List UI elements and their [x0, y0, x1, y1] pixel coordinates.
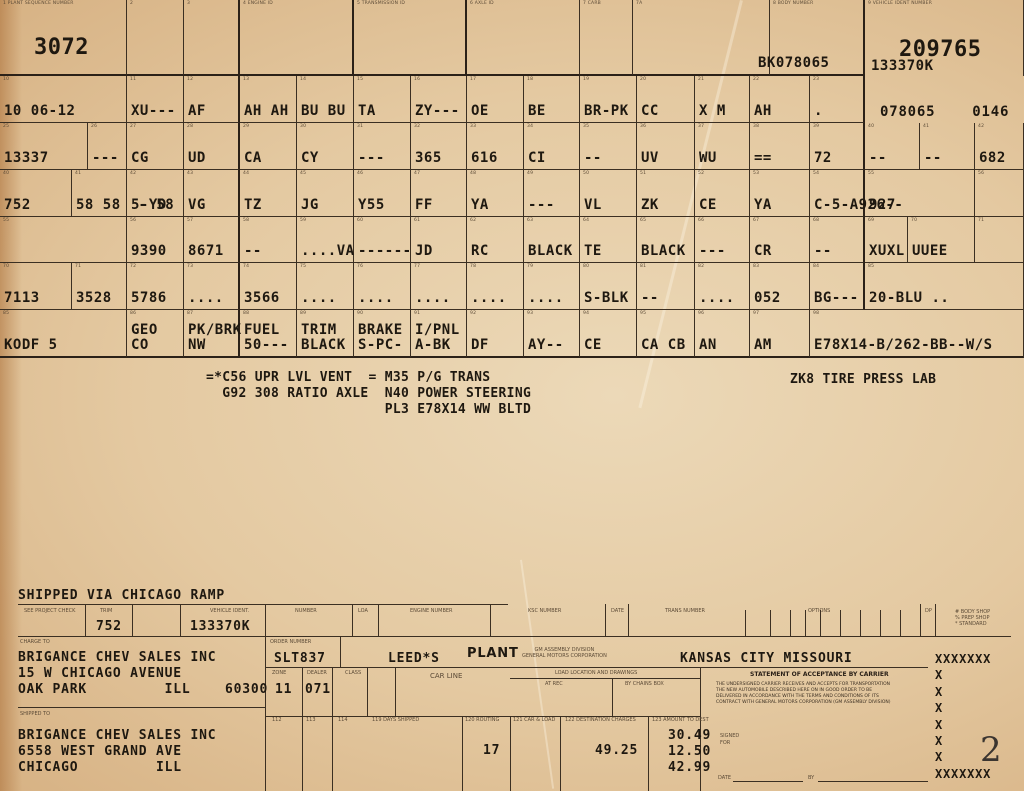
option-cell: 33616	[467, 123, 524, 170]
cell-value: ....	[188, 291, 224, 306]
cell-value: ....	[358, 291, 394, 306]
option-cell: 96AN	[695, 310, 750, 358]
by-field[interactable]	[818, 781, 928, 782]
label-vehicle-ident: VEHICLE IDENT.	[210, 608, 249, 614]
x-mark: X	[935, 718, 943, 732]
cell-code-label: 88	[243, 311, 249, 316]
cell-value: 5-YD	[131, 198, 167, 213]
cell-value: CA CB	[641, 338, 686, 353]
cell-code-label: 37	[698, 124, 704, 129]
divider	[935, 604, 936, 636]
label-dealer: DEALER	[307, 670, 327, 676]
option-cell: 91I/PNL A-BK	[411, 310, 467, 358]
divider	[180, 604, 181, 636]
label-car-load: 121 CAR & LOAD	[513, 717, 555, 723]
option-cell: 16ZY---	[411, 76, 467, 123]
cell-value: --	[869, 151, 887, 166]
cell-code-label: 96	[698, 311, 704, 316]
cell-code-label: 79	[527, 264, 533, 269]
option-cell: 48YA	[467, 170, 524, 217]
address-line: 6558 WEST GRAND AVE	[18, 744, 182, 759]
cell-code-label: 34	[527, 124, 533, 129]
label-charge-to: CHARGE TO	[20, 639, 50, 645]
cell-value: YA	[471, 198, 489, 213]
cell-code-label: 60	[357, 218, 363, 223]
option-cell: 84BG---	[810, 263, 865, 310]
cell-value: RC	[471, 244, 489, 259]
cell-value: TA	[358, 104, 376, 119]
cell-code-label: 71	[75, 264, 81, 269]
x-mark: X	[935, 701, 943, 715]
option-cell: 28UD	[184, 123, 240, 170]
plant-label: PLANT	[467, 646, 519, 661]
cell-value: BLACK	[528, 244, 573, 259]
option-cell: 578671	[184, 217, 240, 263]
cell-code-label: 28	[187, 124, 193, 129]
address-line: BRIGANCE CHEV SALES INC	[18, 728, 216, 743]
option-cell: 49---	[524, 170, 580, 217]
dealer-code: 071	[305, 682, 331, 697]
cell-value: ---	[358, 151, 385, 166]
cell-value: AY--	[528, 338, 564, 353]
plant-city: KANSAS CITY MISSOURI	[680, 651, 853, 666]
cell-value: KODF 5	[4, 338, 58, 353]
cell-value: E78X14-B/262-BB--W/S	[814, 338, 993, 353]
option-cell: 63BLACK	[524, 217, 580, 263]
cell-code-label: 17	[470, 77, 476, 82]
cell-value: ....	[699, 291, 735, 306]
cell-value: 365	[415, 151, 442, 166]
cell-value: CR	[754, 244, 772, 259]
divider	[340, 636, 341, 668]
cell-code-label: 89	[300, 311, 306, 316]
cell-code-label: 50	[583, 171, 589, 176]
cell-value: AF	[188, 104, 206, 119]
cell-code-label: 85	[3, 311, 9, 316]
cell-value: --	[244, 244, 262, 259]
option-cell: 55	[0, 217, 127, 263]
cell-code-label: 13	[243, 77, 249, 82]
option-cell: 23.	[810, 76, 865, 123]
legend: # BODY SHOP% PREP SHOP* STANDARD	[955, 609, 990, 627]
option-tick	[840, 610, 841, 636]
label-zone: ZONE	[272, 670, 286, 676]
option-cell: 19BR-PK	[580, 76, 637, 123]
option-cell: 77....	[411, 263, 467, 310]
divider	[510, 716, 511, 791]
divider	[605, 604, 606, 636]
cell-code-label: 36	[640, 124, 646, 129]
cell-value: --	[584, 151, 602, 166]
option-cell: 725786	[127, 263, 184, 310]
cell-trans-id: 5 TRANSMISSION ID	[354, 0, 467, 76]
divider	[612, 678, 613, 716]
option-cell: 69XUXL	[865, 217, 908, 263]
option-cell: 3972	[810, 123, 865, 170]
cell-value: --	[814, 244, 832, 259]
cell-code-label: 45	[300, 171, 306, 176]
cell-code-label: 83	[753, 264, 759, 269]
cell-vehicle-serial: 9 VEHICLE IDENT NUMBER209765133370K	[865, 0, 1024, 76]
cell-code-label: 32	[414, 124, 420, 129]
label-114: 114	[338, 717, 348, 723]
cell-value: ---	[528, 198, 555, 213]
divider	[18, 604, 508, 605]
cell-plant-seq: 1 PLANT SEQUENCE NUMBER3072	[0, 0, 127, 76]
option-cell: 66---	[695, 217, 750, 263]
cell-7a: 7A	[633, 0, 770, 76]
option-cell: 55927	[865, 170, 975, 217]
cell-code-label: 14	[300, 77, 306, 82]
cell-body-number: 8 BODY NUMBERBK078065	[770, 0, 865, 76]
label-order-number: ORDER NUMBER	[270, 639, 311, 645]
cell-code-label: 26	[91, 124, 97, 129]
cell-code-label: 92	[470, 311, 476, 316]
cell-code-label: 51	[640, 171, 646, 176]
cell-value: JD	[415, 244, 433, 259]
divider	[367, 667, 368, 717]
cell-value: 682	[979, 151, 1006, 166]
option-cell: 52CE	[695, 170, 750, 217]
option-cell: 11XU---	[127, 76, 184, 123]
cell-code-label: 19	[583, 77, 589, 82]
cell-code-label: 18	[527, 77, 533, 82]
option-cell: 743566	[240, 263, 297, 310]
option-cell: 60------	[354, 217, 411, 263]
label-days-shipped: 119 DAYS SHIPPED	[372, 717, 419, 723]
cell-code-label: 38	[753, 124, 759, 129]
divider	[510, 678, 700, 679]
cell-value: S-BLK	[584, 291, 629, 306]
cell-code-label: 39	[813, 124, 819, 129]
cell-2: 2	[127, 0, 184, 76]
label-trans-number: TRANS NUMBER	[665, 608, 705, 614]
cell-code-label: 63	[527, 218, 533, 223]
cell-value: CE	[584, 338, 602, 353]
option-cell: 82....	[695, 263, 750, 310]
option-cell: 90BRAKE S-PC-	[354, 310, 411, 358]
cell-value: FUEL 50---	[244, 323, 289, 353]
cell-code-label: 95	[640, 311, 646, 316]
cell-code-label: 56	[978, 171, 984, 176]
option-cell: 97AM	[750, 310, 810, 358]
option-cell: 713528	[72, 263, 127, 310]
option-cell: 53YA	[750, 170, 810, 217]
cell-value: ------	[358, 244, 412, 259]
option-cell: 88FUEL 50---	[240, 310, 297, 358]
cell-value: BR-PK	[584, 104, 629, 119]
cell-code-label: 74	[243, 264, 249, 269]
charges-value: 49.25	[595, 743, 638, 758]
divider	[920, 604, 921, 636]
label-class: CLASS	[345, 670, 361, 676]
cell-value: AH	[754, 104, 772, 119]
cell-code-label: 93	[527, 311, 533, 316]
option-cell: 14BU BU	[297, 76, 354, 123]
label-112: 112	[272, 717, 282, 723]
cell-value: ==	[754, 151, 772, 166]
cell-value: ....	[528, 291, 564, 306]
option-cell: 68--	[810, 217, 865, 263]
cell-value: --	[924, 151, 942, 166]
divider	[85, 604, 86, 636]
option-tick	[805, 610, 806, 636]
cell-code-label: 97	[753, 311, 759, 316]
vehicle-ident-value: 133370K	[190, 619, 250, 634]
cell-code-label: 30	[300, 124, 306, 129]
cell-code-label: 62	[470, 218, 476, 223]
cell-value: CC	[641, 104, 659, 119]
cell-code-label: 84	[813, 264, 819, 269]
option-cell: 65BLACK	[637, 217, 695, 263]
cell-value: GEO CO	[131, 323, 158, 353]
cell-code-label: 77	[414, 264, 420, 269]
cell-value: ....	[415, 291, 451, 306]
label-dp: DP	[925, 608, 932, 614]
option-cell: 27CG	[127, 123, 184, 170]
option-cell: 80S-BLK	[580, 263, 637, 310]
option-cell: 89TRIM BLACK	[297, 310, 354, 358]
zone-value: 11	[275, 682, 292, 697]
label-number: NUMBER	[295, 608, 317, 614]
cell-code-label: 27	[130, 124, 136, 129]
cell-code-label: 25	[3, 124, 9, 129]
option-cell: 87PK/BRK NW	[184, 310, 240, 358]
label-amount: 123 AMOUNT TO DEST	[652, 717, 709, 723]
option-cell: 93AY--	[524, 310, 580, 358]
cell-code-label: 53	[753, 171, 759, 176]
label-routing: 120 ROUTING	[465, 717, 499, 723]
division-label: GM ASSEMBLY DIVISION GENERAL MOTORS CORP…	[522, 647, 607, 659]
cell-value: 3566	[244, 291, 280, 306]
routing-value: 17	[483, 743, 500, 758]
cell-value: TZ	[244, 198, 262, 213]
cell-code-label: 55	[3, 218, 9, 223]
option-cell: 40752	[0, 170, 72, 217]
option-cell: 59....VA	[297, 217, 354, 263]
option-cell: 79....	[524, 263, 580, 310]
cell-engine-id: 4 ENGINE ID	[240, 0, 354, 76]
cell-value: ....VA	[301, 244, 355, 259]
cell-code-label: 68	[813, 218, 819, 223]
option-cell: 15TA	[354, 76, 411, 123]
cell-value: AN	[699, 338, 717, 353]
label-by-chains: BY CHAINS BOX	[625, 681, 664, 687]
leeds: LEED*S	[388, 651, 440, 666]
car-line-label: CAR LINE	[430, 672, 462, 680]
cell-code-label: 56	[130, 218, 136, 223]
statement-text: THE UNDERSIGNED CARRIER RECEIVES AND ACC…	[716, 682, 891, 706]
legend-item: * STANDARD	[955, 621, 990, 627]
cell-code-label: 70	[3, 264, 9, 269]
cell-code-label: 70	[911, 218, 917, 223]
cell-value: ZY---	[415, 104, 460, 119]
date-field[interactable]	[733, 781, 803, 782]
cell-value: UD	[188, 151, 206, 166]
options-note-3: PL3 E78X14 WW BLTD	[206, 402, 531, 418]
option-cell: 45JG	[297, 170, 354, 217]
option-cell: 70UUEE	[908, 217, 975, 263]
option-cell: 54C-5-A926--	[810, 170, 865, 217]
option-cell: 38==	[750, 123, 810, 170]
option-cell: 20CC	[637, 76, 695, 123]
label-at-rec: AT REC	[545, 681, 563, 687]
cell-code-label: 46	[357, 171, 363, 176]
cell-value: CY	[301, 151, 319, 166]
option-cell: 13AH AH	[240, 76, 297, 123]
cell-code-label: 66	[698, 218, 704, 223]
cell-code-label: 91	[414, 311, 420, 316]
option-cell: 31---	[354, 123, 411, 170]
cell-code-label: 81	[640, 264, 646, 269]
option-cell: 4158 58 - 58	[72, 170, 127, 217]
divider	[395, 667, 396, 717]
cell-code-label: 86	[130, 311, 136, 316]
cell-code-label: 73	[187, 264, 193, 269]
cell-code-label: 85	[868, 264, 874, 269]
cell-value: CI	[528, 151, 546, 166]
cell-code-label: 80	[583, 264, 589, 269]
vin-row: 078065 0146	[880, 104, 1009, 120]
cell-value: BG---	[814, 291, 859, 306]
option-cell: 71	[975, 217, 1024, 263]
option-cell: 73....	[184, 263, 240, 310]
cell-code-label: 69	[868, 218, 874, 223]
option-tick	[860, 610, 861, 636]
option-cell: 81--	[637, 263, 695, 310]
cell-value: 20-BLU ..	[869, 291, 949, 306]
cell-code-label: 64	[583, 218, 589, 223]
option-cell: 46Y55	[354, 170, 411, 217]
cell-value: 3528	[76, 291, 112, 306]
option-cell: 78....	[467, 263, 524, 310]
option-cell: 21X M	[695, 76, 750, 123]
cell-value: AM	[754, 338, 772, 353]
cell-code-label: 15	[357, 77, 363, 82]
cell-code-label: 11	[130, 77, 136, 82]
cell-value: 72	[814, 151, 832, 166]
cell-value: BLACK	[641, 244, 686, 259]
cell-value: BU BU	[301, 104, 346, 119]
option-cell: 51ZK	[637, 170, 695, 217]
option-cell: 2513337	[0, 123, 88, 170]
cell-value: ....	[471, 291, 507, 306]
x-mark: XXXXXXX	[935, 652, 991, 666]
option-cell: 56	[975, 170, 1024, 217]
option-cell: 22AH	[750, 76, 810, 123]
paper-crease	[520, 560, 554, 789]
cell-value: Y55	[358, 198, 385, 213]
cell-code-label: 98	[813, 311, 819, 316]
cell-code-label: 35	[583, 124, 589, 129]
cell-value: ---	[699, 244, 726, 259]
cell-code-label: 43	[187, 171, 193, 176]
cell-code-label: 44	[243, 171, 249, 176]
option-cell: 569390	[127, 217, 184, 263]
cell-code-label: 23	[813, 77, 819, 82]
option-cell: 40--	[865, 123, 920, 170]
cell-carb: 7 CARB	[580, 0, 633, 76]
divider	[332, 667, 333, 791]
option-cell: 37WU	[695, 123, 750, 170]
label-trim: SEE PROJECT CHECK	[24, 608, 75, 614]
cell-code-label: 41	[75, 171, 81, 176]
cell-code-label: 52	[698, 171, 704, 176]
cell-code-label: 76	[357, 264, 363, 269]
cell-code-label: 41	[923, 124, 929, 129]
cell-code-label: 40	[868, 124, 874, 129]
cell-code-label: 61	[414, 218, 420, 223]
cell-code-label: 22	[753, 77, 759, 82]
option-cell: 8520-BLU ..	[865, 263, 1024, 310]
options-note-2: G92 308 RATIO AXLE N40 POWER STEERING	[206, 386, 531, 402]
cell-value: UV	[641, 151, 659, 166]
option-tick	[820, 610, 821, 636]
cell-value: XUXL	[869, 244, 905, 259]
cell-code-label: 49	[527, 171, 533, 176]
option-cell: 36UV	[637, 123, 695, 170]
cell-code-label: 55	[868, 171, 874, 176]
cell-value: I/PNL A-BK	[415, 323, 460, 353]
cell-value: DF	[471, 338, 489, 353]
date-label: DATE	[718, 775, 731, 781]
cell-code-label: 54	[813, 171, 819, 176]
cell-code-label: 16	[414, 77, 420, 82]
option-cell: 47FF	[411, 170, 467, 217]
cell-code-label: 33	[470, 124, 476, 129]
option-cell: 42682	[975, 123, 1024, 170]
cell-value: --	[641, 291, 659, 306]
cell-value: 7113	[4, 291, 40, 306]
cell-code-label: 87	[187, 311, 193, 316]
label-ksc-number: KSC NUMBER	[528, 608, 561, 614]
cell-value: CA	[244, 151, 262, 166]
label-dest-charges: 122 DESTINATION CHARGES	[565, 717, 636, 723]
options-note-1: =*C56 UPR LVL VENT = M35 P/G TRANS	[206, 370, 490, 386]
cell-value: AH AH	[244, 104, 289, 119]
cell-value: 616	[471, 151, 498, 166]
cell-code-label: 31	[357, 124, 363, 129]
option-cell: 44TZ	[240, 170, 297, 217]
cell-code-label: 72	[130, 264, 136, 269]
option-cell: 29CA	[240, 123, 297, 170]
option-cell: 76....	[354, 263, 411, 310]
address-line: 15 W CHICAGO AVENUE	[18, 666, 182, 681]
cell-value: TRIM BLACK	[301, 323, 346, 353]
option-tick	[770, 610, 771, 636]
cell-axle: 6 AXLE ID	[467, 0, 580, 76]
address-line: CHICAGO ILL	[18, 760, 182, 775]
cell-value: ....	[301, 291, 337, 306]
label-line: LOA	[358, 608, 368, 614]
option-cell: 32365	[411, 123, 467, 170]
option-tick	[900, 610, 901, 636]
cell-value: UUEE	[912, 244, 948, 259]
cell-value: PK/BRK NW	[188, 323, 242, 353]
build-sheet-grid: 1 PLANT SEQUENCE NUMBER3072 2 3 4 ENGINE…	[0, 0, 1024, 360]
cell-value: FF	[415, 198, 433, 213]
option-cell: 95CA CB	[637, 310, 695, 358]
handwritten-number: 2	[980, 730, 1002, 770]
amount-value: 42.99	[668, 760, 711, 775]
x-mark: X	[935, 685, 943, 699]
option-cell: 12AF	[184, 76, 240, 123]
cell-value: CE	[699, 198, 717, 213]
label-date: DATE	[611, 608, 624, 614]
option-cell: 17OE	[467, 76, 524, 123]
option-cell: 707113	[0, 263, 72, 310]
cell-value: 752	[4, 198, 31, 213]
